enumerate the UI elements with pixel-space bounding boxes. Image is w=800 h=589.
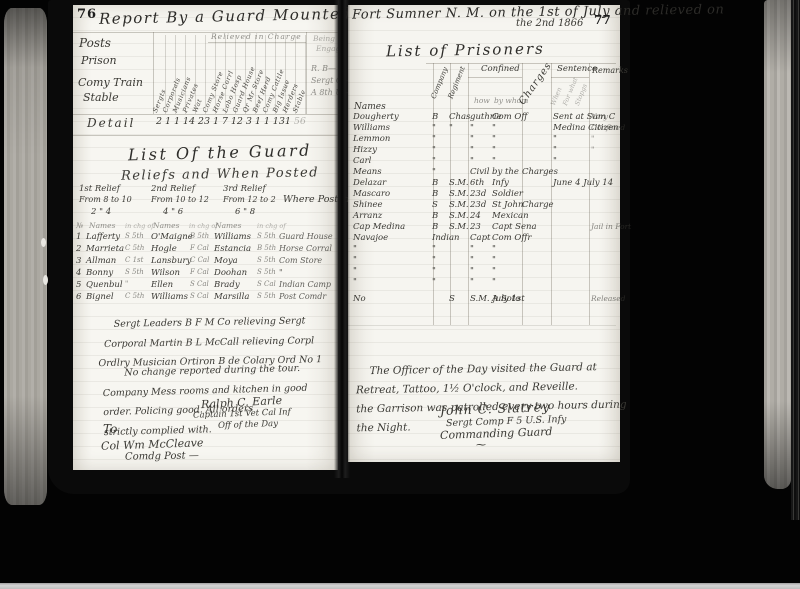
prisoner-confined-by: ": [492, 267, 496, 276]
prisoner-company: ": [432, 124, 436, 133]
guard-chg-1st-relief: S 5th: [125, 269, 144, 276]
detail-value: 1: [165, 117, 171, 127]
prisoner-row: Shinee S S.M. 23d St John Charge: [348, 201, 616, 212]
guard-name-3rd-relief: Doohan: [214, 269, 247, 278]
guard-commander-signature-role: Commanding Guard: [440, 426, 553, 441]
prisoner-company: Indian: [432, 234, 460, 243]
guard-chg-3rd-relief: S 5th: [257, 293, 276, 300]
relief-hours: From 8 to 10: [79, 196, 151, 204]
prisoner-row: " " " ": [348, 267, 616, 278]
prisoner-confined-by: ": [492, 245, 496, 254]
prisoner-remarks: ": [591, 146, 594, 154]
prisoner-name: Cap Medina: [353, 223, 405, 232]
page-number: 77: [594, 13, 611, 27]
guard-name-1st-relief: Lafferty: [86, 233, 120, 242]
detail-value: 1: [174, 117, 180, 127]
guard-post: ": [279, 269, 283, 277]
side-column-entry: R. B—: [311, 65, 336, 73]
prisoner-confined-how: Capt: [470, 234, 490, 243]
prisoner-company: ": [432, 267, 436, 276]
prisoner-name: Mascaro: [353, 190, 390, 199]
detail-value: 14: [183, 117, 195, 127]
guard-name-2nd-relief: Ellen: [151, 281, 173, 290]
prisoner-row: " " " ": [348, 256, 616, 267]
prisoner-col-charges: Charges: [518, 61, 554, 107]
guard-col-number: №: [76, 222, 83, 230]
prisoner-confined-by: ": [492, 135, 496, 144]
right-edge-streaks: [791, 0, 800, 520]
guard-chg-3rd-relief: S 5th: [257, 257, 276, 264]
detail-value: 3: [246, 117, 252, 127]
prisoner-confined-by: ": [492, 124, 496, 133]
guard-name-2nd-relief: Williams: [151, 293, 188, 302]
guard-name-3rd-relief: Moya: [214, 257, 238, 266]
guard-col-chg: in chg of: [257, 223, 286, 230]
guard-name-1st-relief: Quenbul: [86, 281, 123, 290]
prisoner-row: " " " ": [348, 245, 616, 256]
prisoner-remarks: Released: [591, 295, 625, 303]
guard-name-2nd-relief: Wilson: [151, 269, 180, 278]
prisoner-regiment: ": [449, 124, 453, 133]
detail-value: 131: [273, 117, 291, 127]
guard-chg-1st-relief: C 5th: [125, 293, 144, 300]
detail-row-label: Comy Train: [78, 77, 143, 88]
reliefs-heading: Reliefs and When Posted: [121, 166, 319, 182]
table-rule-line: [306, 32, 307, 114]
detail-row-label: Posts: [79, 37, 111, 49]
detail-value: 23: [198, 117, 210, 127]
guard-name-3rd-relief: Marsilla: [214, 293, 249, 302]
prisoner-confined-by: ": [492, 157, 496, 166]
prisoner-name: Shinee: [353, 201, 383, 210]
guard-col-chg: in chg of: [189, 223, 218, 230]
prisoners-heading: List of Prisoners: [386, 42, 545, 60]
prisoner-company: ": [432, 135, 436, 144]
guard-post: Post Comdr: [279, 293, 326, 301]
guard-chg-1st-relief: ": [125, 281, 128, 288]
prisoner-remarks: ": [591, 135, 594, 143]
guard-row-number: 6: [76, 293, 81, 302]
guard-chg-1st-relief: C 5th: [125, 245, 144, 252]
prisoner-row: Navajoe Indian Capt Com Offr: [348, 234, 616, 245]
prisoner-confined-how: 23: [470, 223, 481, 232]
prisoner-table: Dougherty B Chas guthrie Com Off Sent at…: [348, 113, 616, 306]
guard-row-number: 3: [76, 257, 81, 266]
smudge: [41, 238, 46, 247]
prisoner-confined-how: ": [470, 267, 474, 276]
prisoner-confined-by: ": [492, 278, 496, 287]
guard-post: Guard House: [279, 233, 333, 241]
guard-name-1st-relief: Bignel: [86, 293, 114, 302]
relief-block: 1st Relief From 8 to 10 2 " 4: [79, 185, 151, 216]
prisoner-col-confined: Confined: [481, 65, 520, 74]
guard-chg-1st-relief: S 5th: [125, 233, 144, 240]
prisoner-sentence: ": [553, 146, 557, 155]
prisoner-row: No S S.M. July 1st A Soto Released: [348, 295, 616, 306]
guard-name-1st-relief: Marrieta: [86, 245, 124, 254]
prisoner-regiment: S.M.: [449, 223, 469, 232]
prisoner-row: Lemmon " " " " ": [348, 135, 616, 146]
guard-row-number: 4: [76, 269, 81, 278]
prisoner-name: Navajoe: [353, 234, 388, 243]
prisoner-regiment: S.M.: [449, 201, 469, 210]
prisoner-confined-by: Com Offr: [492, 234, 531, 243]
relief-hours-2: 6 " 8: [235, 208, 295, 217]
guard-name-3rd-relief: Estancia: [214, 245, 251, 254]
guard-chg-2nd-relief: F Cal: [190, 269, 209, 276]
prisoner-confined-how: ": [470, 146, 474, 155]
prisoner-confined-how: ": [470, 245, 474, 254]
prisoner-company: ": [432, 168, 436, 177]
prisoner-name: Means: [353, 168, 382, 177]
prisoner-name: No: [353, 295, 366, 304]
guard-col-names: Names: [215, 222, 241, 230]
prisoner-confined-how: 23d: [470, 190, 486, 199]
guard-name-3rd-relief: Williams: [214, 233, 251, 242]
guard-list: 1 Lafferty S 5th O'Maigne B 5th Williams…: [73, 233, 338, 305]
prisoner-regiment: S.M.: [449, 179, 469, 188]
smudge: [43, 275, 48, 285]
prisoner-row: " " " ": [348, 278, 616, 289]
prisoner-confined-how: ": [470, 124, 474, 133]
table-rule-line: [468, 77, 522, 78]
detail-row-label: Prison: [81, 55, 117, 66]
guard-chg-1st-relief: C 1st: [125, 257, 143, 264]
guard-chg-3rd-relief: S Cal: [257, 281, 276, 288]
prisoner-confined-how: ": [470, 256, 474, 265]
prisoner-name: Williams: [353, 124, 390, 133]
guard-post: Com Store: [279, 257, 322, 265]
guard-name-3rd-relief: Brady: [214, 281, 240, 290]
prisoner-col-remarks: Remarks: [592, 67, 628, 75]
prisoner-charges: Charges: [522, 168, 558, 177]
prisoner-company: ": [432, 146, 436, 155]
scanner-bottom-bar: [0, 583, 800, 589]
prisoner-charges: Charge: [522, 201, 554, 210]
guard-post: Horse Corral: [279, 245, 332, 253]
prisoner-regiment: S.M.: [449, 212, 469, 221]
guard-chg-2nd-relief: C Cal: [190, 257, 209, 264]
prisoner-sentence: June 4 July 14: [553, 179, 613, 188]
detail-column: Stable: [296, 35, 306, 114]
relief-hours-2: 2 " 4: [91, 208, 151, 217]
supernumerary-line: Corporal Martin B L McCall relieving Cor…: [104, 335, 314, 351]
table-rule-line: [348, 325, 616, 326]
prisoner-confined-by: Infy: [492, 179, 509, 188]
prisoner-name: ": [353, 256, 357, 265]
prisoner-name: ": [353, 278, 357, 287]
table-rule-line: [73, 135, 338, 136]
officer-note-line: the Night.: [356, 421, 410, 435]
officer-note-line: Retreat, Tattoo, 1½ O'clock, and Reveill…: [356, 380, 578, 397]
prisoner-col-how: how: [474, 97, 490, 105]
prisoner-company: B: [432, 113, 438, 122]
guard-chg-3rd-relief: S 5th: [257, 233, 276, 240]
prisoner-company: B: [432, 179, 438, 188]
reliefs-header: 1st Relief From 8 to 10 2 " 4 2nd Relief…: [79, 185, 295, 216]
guard-chg-2nd-relief: F Cal: [190, 245, 209, 252]
detail-row-label: Stable: [83, 92, 119, 103]
guard-col-names: Names: [153, 222, 179, 230]
prisoner-col-names: Names: [354, 103, 386, 112]
relief-title: 1st Relief: [79, 185, 151, 194]
prisoner-confined-how: ": [470, 135, 474, 144]
prisoner-name: Carl: [353, 157, 371, 166]
prisoner-company: B: [432, 223, 438, 232]
prisoner-sentence: ": [553, 135, 557, 144]
prisoner-confined-by: Capt Sena: [492, 223, 537, 232]
detail-value: 1: [255, 117, 261, 127]
guard-row: 6 Bignel C 5th Williams S Cal Marsilla S…: [73, 293, 338, 305]
pen-flourish: ⁓: [476, 441, 486, 451]
detail-value: 56: [294, 117, 306, 127]
guard-name-2nd-relief: Lansbury: [151, 257, 191, 266]
supernumerary-line: Sergt Leaders B F M Co relieving Sergt: [114, 315, 306, 331]
inspection-note-line: No change reported during the tour.: [124, 362, 300, 380]
detail-value: 1: [213, 117, 219, 127]
prisoner-confined-by: Com Off: [492, 113, 527, 122]
prisoner-remarks: Jail in Fort: [591, 223, 631, 231]
guard-name-2nd-relief: Hogle: [151, 245, 177, 254]
prisoner-company: ": [432, 157, 436, 166]
guard-post: Indian Camp: [279, 281, 331, 289]
prisoner-name: Arranz: [353, 212, 382, 221]
guard-chg-3rd-relief: S 5th: [257, 269, 276, 276]
report-title-date: the 2nd 1866: [516, 19, 583, 29]
officer-signature-role: Off of the Day: [218, 420, 278, 431]
table-rule-line: [73, 114, 338, 115]
prisoner-confined-by: Mexican: [492, 212, 529, 221]
guard-col-names: Names: [89, 222, 115, 230]
guard-chg-3rd-relief: B 5th: [257, 245, 276, 252]
prisoner-confined-by: A Soto: [492, 295, 520, 304]
prisoner-confined-by: ": [492, 256, 496, 265]
left-page: 76 Report By a Guard Mounted at Relieved…: [73, 5, 338, 470]
right-page-edges-strip: [764, 0, 791, 489]
prisoner-confined-how: 24: [470, 212, 481, 221]
prisoner-name: Dougherty: [353, 113, 399, 122]
prisoner-confined-how: Civil: [470, 168, 489, 177]
prisoner-sentence: ": [553, 157, 557, 166]
guard-name-1st-relief: Allman: [86, 257, 116, 266]
guard-chg-2nd-relief: S Cal: [190, 281, 209, 288]
prisoner-confined-by: Soldier: [492, 190, 523, 199]
right-page: Fort Sumner N. M. on the 1st of July and…: [348, 5, 620, 462]
prisoner-name: ": [353, 267, 357, 276]
prisoner-regiment: Chas: [449, 113, 470, 122]
prisoner-confined-by: by the: [492, 168, 519, 177]
prisoner-company: ": [432, 245, 436, 254]
relief-hours: From 10 to 12: [151, 196, 223, 204]
relief-block: 2nd Relief From 10 to 12 4 " 6: [151, 185, 223, 216]
detail-label: Detail: [87, 117, 135, 129]
prisoner-confined-how: ": [470, 278, 474, 287]
relief-title: 3rd Relief: [223, 185, 295, 194]
prisoner-confined-how: ": [470, 157, 474, 166]
detail-value: 1: [264, 117, 270, 127]
prisoner-company: B: [432, 212, 438, 221]
prisoner-name: Delazar: [353, 179, 386, 188]
guard-chg-2nd-relief: S Cal: [190, 293, 209, 300]
prisoner-name: Hizzy: [353, 146, 377, 155]
guard-row-number: 5: [76, 281, 81, 290]
prisoner-confined-by: St John: [492, 201, 523, 210]
guard-chg-2nd-relief: B 5th: [190, 233, 209, 240]
scanned-ledger-page: 76 Report By a Guard Mounted at Relieved…: [0, 0, 800, 589]
detail-value: 12: [231, 117, 243, 127]
guard-col-chg: in chg of: [125, 223, 154, 230]
prisoner-name: ": [353, 245, 357, 254]
guard-name-1st-relief: Bonny: [86, 269, 113, 278]
side-column-header: Being: [313, 35, 335, 43]
prisoner-company: ": [432, 278, 436, 287]
prisoner-regiment: S: [449, 295, 455, 304]
addressee-to: To: [103, 423, 117, 435]
relief-title: 2nd Relief: [151, 185, 223, 194]
guard-row-number: 1: [76, 233, 81, 242]
prisoner-company: ": [432, 256, 436, 265]
prisoner-confined-how: 6th: [470, 179, 484, 188]
table-rule-line: [551, 77, 589, 78]
detail-value: 7: [222, 117, 228, 127]
guard-row-number: 2: [76, 245, 81, 254]
guard-list-heading: List Of the Guard: [128, 143, 312, 164]
prisoner-remarks: Very: [591, 113, 608, 121]
page-gutter: [334, 0, 350, 478]
addressee-title: Comdg Post —: [125, 451, 199, 462]
prisoner-regiment: S.M.: [449, 190, 469, 199]
detail-values-row: 2111423171231113156: [156, 117, 306, 127]
prisoner-confined-how: 23d: [470, 201, 486, 210]
prisoner-remarks: Confined: [591, 124, 625, 132]
officer-note-line: The Officer of the Day visited the Guard…: [369, 361, 596, 378]
table-rule-line: [468, 108, 522, 109]
prisoner-row: Hizzy " " " " ": [348, 146, 616, 157]
left-page-edges-strip: [4, 8, 47, 505]
prisoner-confined-by: ": [492, 146, 496, 155]
guard-name-2nd-relief: O'Maigne: [151, 233, 193, 242]
relief-hours-2: 4 " 6: [163, 208, 223, 217]
detail-table-columns: Sergts Corporals Musicians Privates Wat …: [156, 35, 306, 114]
prisoner-company: S: [432, 201, 438, 210]
detail-value: 2: [156, 117, 162, 127]
prisoner-name: Lemmon: [353, 135, 390, 144]
page-number: 76: [77, 7, 97, 22]
prisoner-company: B: [432, 190, 438, 199]
